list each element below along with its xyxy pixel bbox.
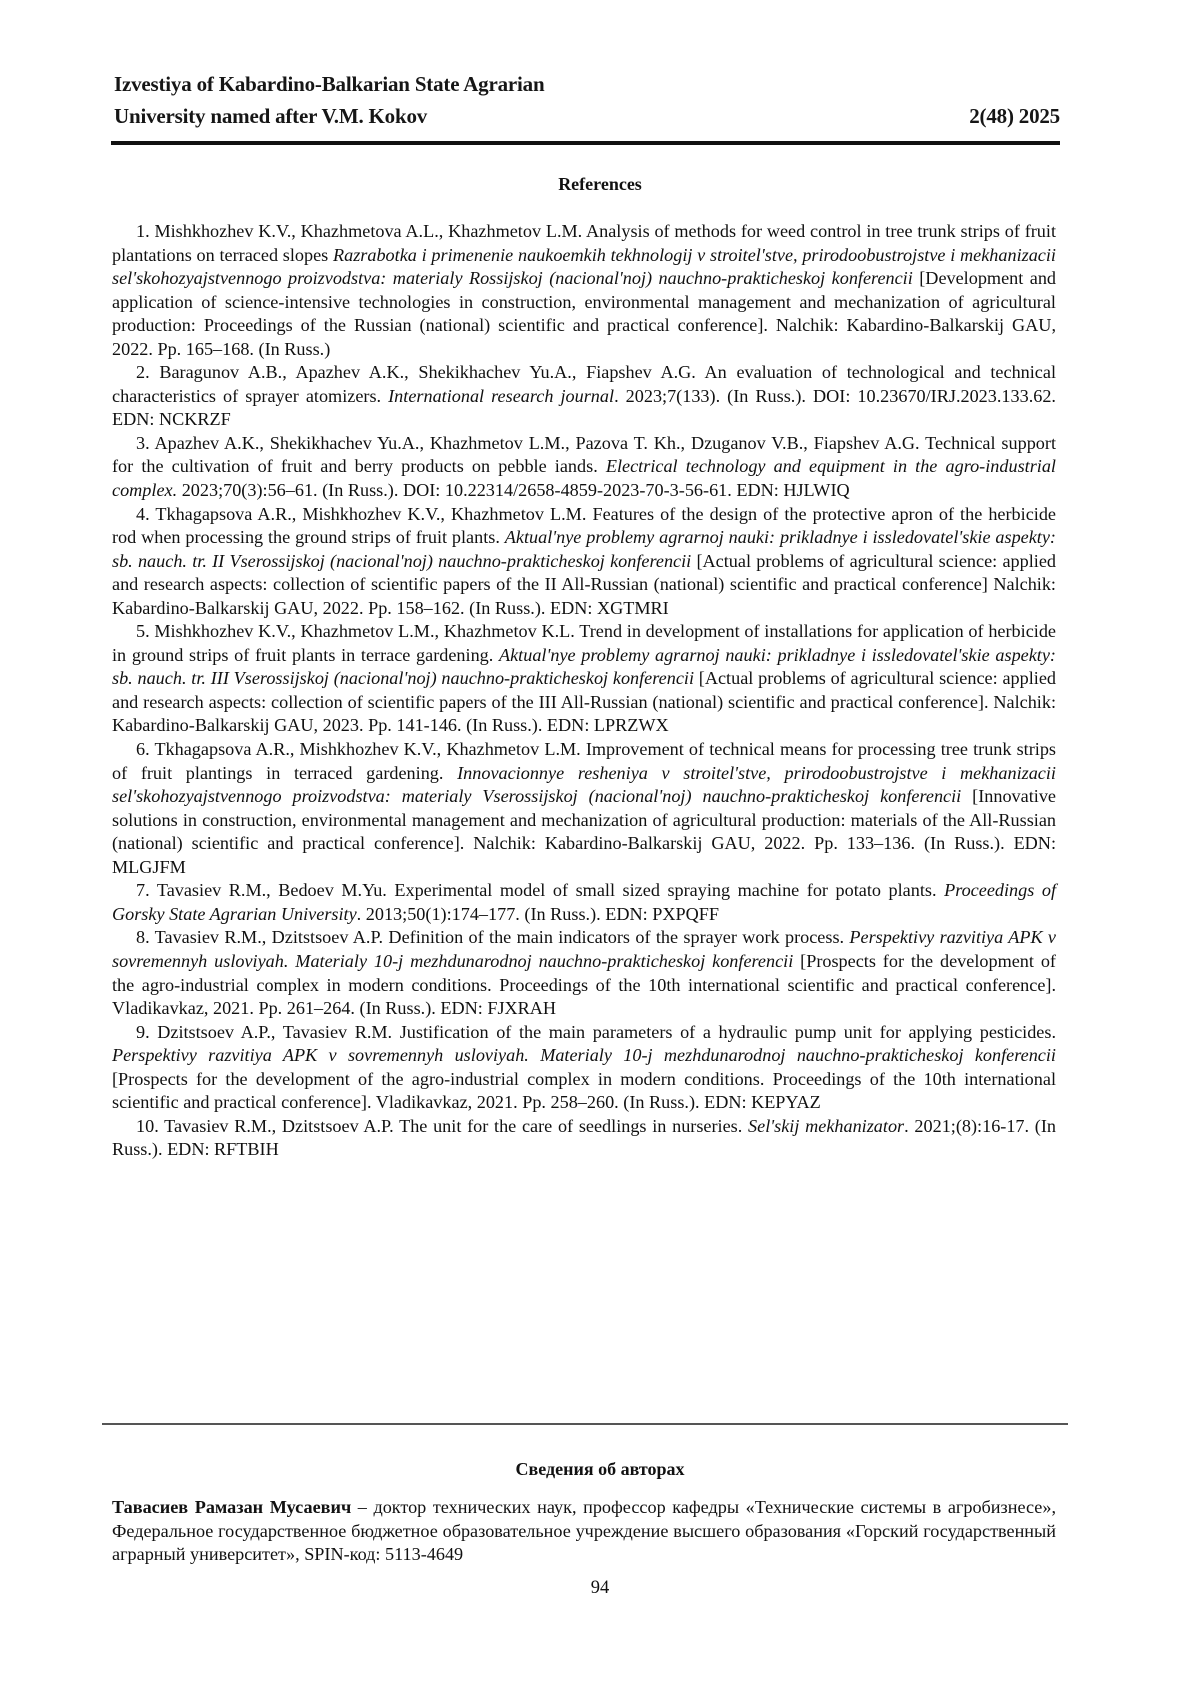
reference-item: 8. Tavasiev R.M., Dzitstsoev A.P. Defini…	[112, 926, 1056, 1020]
reference-details: [Prospects for the development of the ag…	[112, 1069, 1056, 1113]
reference-item: 6. Tkhagapsova A.R., Mishkhozhev K.V., K…	[112, 738, 1056, 879]
page-number: 94	[0, 1578, 1200, 1599]
reference-number: 2.	[136, 362, 150, 382]
author-entry: Тавасиев Рамазан Мусаевич – доктор техни…	[112, 1496, 1056, 1567]
reference-number: 5.	[136, 621, 150, 641]
reference-authors-title: Tavasiev R.M., Dzitstsoev A.P. Definitio…	[155, 927, 850, 947]
issue-number: 2(48) 2025	[969, 100, 1060, 132]
reference-authors-title: Tavasiev R.M., Bedoev M.Yu. Experimental…	[157, 880, 944, 900]
reference-list: 1. Mishkhozhev K.V., Khazhmetova A.L., K…	[112, 220, 1056, 1162]
reference-item: 9. Dzitstsoev A.P., Tavasiev R.M. Justif…	[112, 1021, 1056, 1115]
reference-number: 9.	[136, 1022, 150, 1042]
references-heading: References	[0, 174, 1200, 195]
reference-number: 6.	[136, 739, 150, 759]
reference-authors-title: Tavasiev R.M., Dzitstsoev A.P. The unit …	[164, 1116, 748, 1136]
header-row-2: University named after V.M. Kokov 2(48) …	[114, 100, 1060, 132]
reference-item: 5. Mishkhozhev K.V., Khazhmetov L.M., Kh…	[112, 620, 1056, 738]
reference-details: . 2013;50(1):174–177. (In Russ.). EDN: P…	[357, 904, 719, 924]
header-row-1: Izvestiya of Kabardino-Balkarian State A…	[114, 68, 1060, 100]
reference-item: 7. Tavasiev R.M., Bedoev M.Yu. Experimen…	[112, 879, 1056, 926]
reference-number: 3.	[136, 433, 150, 453]
reference-number: 7.	[136, 880, 150, 900]
reference-number: 1.	[136, 221, 150, 241]
reference-item: 10. Tavasiev R.M., Dzitstsoev A.P. The u…	[112, 1115, 1056, 1162]
reference-number: 4.	[136, 504, 150, 524]
reference-details: 2023;70(3):56–61. (In Russ.). DOI: 10.22…	[177, 480, 850, 500]
reference-item: 1. Mishkhozhev K.V., Khazhmetova A.L., K…	[112, 220, 1056, 361]
authors-heading: Сведения об авторах	[0, 1459, 1200, 1480]
journal-title-line-1: Izvestiya of Kabardino-Balkarian State A…	[114, 68, 544, 100]
reference-authors-title: Dzitstsoev A.P., Tavasiev R.M. Justifica…	[157, 1022, 1056, 1042]
reference-item: 4. Tkhagapsova A.R., Mishkhozhev K.V., K…	[112, 503, 1056, 621]
journal-title-line-2: University named after V.M. Kokov	[114, 100, 427, 132]
header-divider	[111, 141, 1060, 145]
reference-number: 8.	[136, 927, 150, 947]
author-name: Тавасиев Рамазан Мусаевич	[112, 1497, 351, 1517]
reference-number: 10.	[136, 1116, 159, 1136]
reference-source: International research journal	[388, 386, 614, 406]
running-header: Izvestiya of Kabardino-Balkarian State A…	[114, 68, 1060, 132]
section-divider	[102, 1423, 1068, 1425]
reference-item: 3. Apazhev A.K., Shekikhachev Yu.A., Kha…	[112, 432, 1056, 503]
reference-item: 2. Baragunov A.B., Apazhev A.K., Shekikh…	[112, 361, 1056, 432]
reference-source: Sel'skij mekhanizator	[748, 1116, 904, 1136]
reference-source: Perspektivy razvitiya APK v sovremennyh …	[112, 1045, 1056, 1065]
